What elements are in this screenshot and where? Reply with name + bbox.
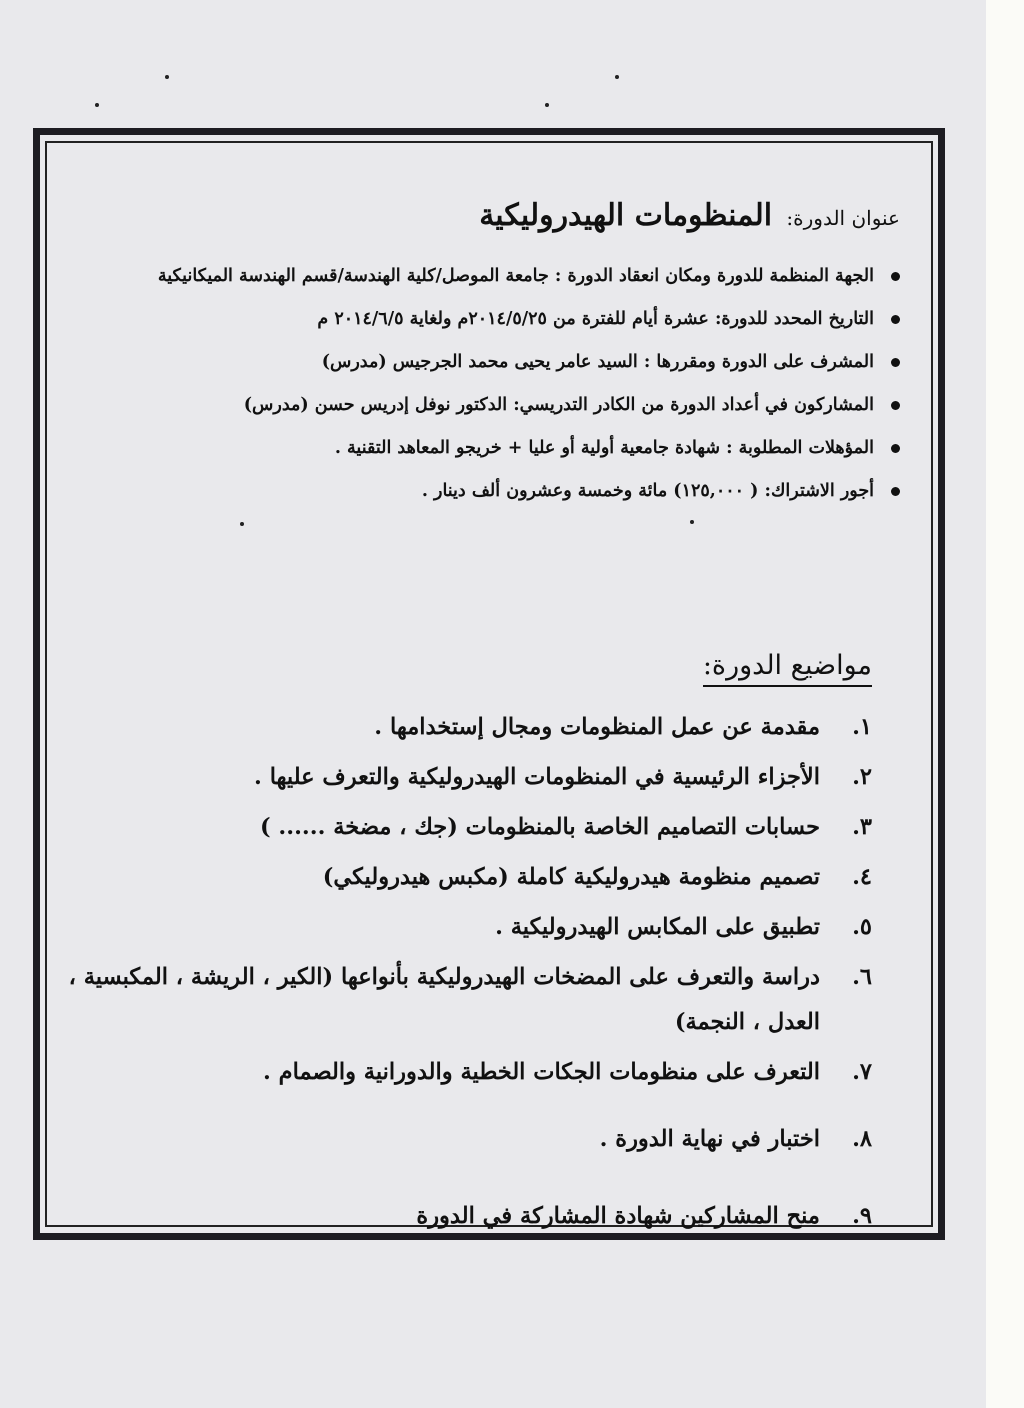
scan-margin-strip: [986, 0, 1024, 1408]
topic-item: ٦.دراسة والتعرف على المضخات الهيدروليكية…: [60, 955, 872, 1045]
topic-item: ٤.تصميم منظومة هيدروليكية كاملة (مكبس هي…: [60, 855, 872, 900]
topic-item: ٩.منح المشاركين شهادة المشاركة في الدورة: [60, 1194, 872, 1239]
info-text: المشرف على الدورة ومقررها : السيد عامر ي…: [322, 352, 874, 372]
bullet-icon: [891, 315, 900, 324]
scan-speck: [240, 522, 244, 526]
info-text: الجهة المنظمة للدورة ومكان انعقاد الدورة…: [158, 266, 874, 286]
info-text: التاريخ المحدد للدورة: عشرة أيام للفترة …: [317, 309, 874, 329]
info-item-participants: المشاركون في أعداد الدورة من الكادر التد…: [158, 384, 900, 427]
topic-text: الأجزاء الرئيسية في المنظومات الهيدروليك…: [254, 764, 820, 790]
bullet-icon: [891, 487, 900, 496]
topic-text: تطبيق على المكابس الهيدروليكية .: [495, 914, 820, 940]
topic-text: التعرف على منظومات الجكات الخطية والدورا…: [263, 1059, 820, 1085]
bullet-icon: [891, 401, 900, 410]
topic-number: ٧.: [852, 1050, 872, 1095]
course-title-value: المنظومات الهيدروليكية: [479, 198, 772, 233]
topic-item: ٨.اختبار في نهاية الدورة .: [60, 1117, 872, 1162]
topic-number: ٨.: [852, 1117, 872, 1162]
topics-list: ١.مقدمة عن عمل المنظومات ومجال إستخدامها…: [60, 705, 872, 1244]
topic-number: ٣.: [852, 805, 872, 850]
bullet-icon: [891, 272, 900, 281]
info-item-supervisor: المشرف على الدورة ومقررها : السيد عامر ي…: [158, 341, 900, 384]
topic-text: دراسة والتعرف على المضخات الهيدروليكية ب…: [69, 964, 820, 1035]
info-text: أجور الاشتراك: ( ١٢٥,٠٠٠) مائة وخمسة وعش…: [422, 481, 874, 501]
bullet-icon: [891, 358, 900, 367]
topic-number: ٥.: [852, 905, 872, 950]
scan-speck: [95, 103, 99, 107]
topic-text: تصميم منظومة هيدروليكية كاملة (مكبس هيدر…: [323, 864, 820, 890]
scan-speck: [165, 75, 169, 79]
scan-speck: [690, 520, 694, 524]
topic-item: ٣.حسابات التصاميم الخاصة بالمنظومات (جك …: [60, 805, 872, 850]
topic-item: ٢.الأجزاء الرئيسية في المنظومات الهيدرول…: [60, 755, 872, 800]
course-title-row: عنوان الدورة: المنظومات الهيدروليكية: [479, 198, 900, 233]
topic-item: ٥.تطبيق على المكابس الهيدروليكية .: [60, 905, 872, 950]
topic-number: ٤.: [852, 855, 872, 900]
info-text: المؤهلات المطلوبة : شهادة جامعية أولية أ…: [335, 438, 874, 458]
topic-text: اختبار في نهاية الدورة .: [600, 1126, 820, 1152]
topic-text: حسابات التصاميم الخاصة بالمنظومات (جك ، …: [260, 814, 820, 840]
topic-text: مقدمة عن عمل المنظومات ومجال إستخدامها .: [374, 714, 820, 740]
topic-text: منح المشاركين شهادة المشاركة في الدورة: [416, 1203, 820, 1229]
topic-number: ٦.: [852, 955, 872, 1000]
topic-number: ١.: [852, 705, 872, 750]
topic-number: ٢.: [852, 755, 872, 800]
bullet-icon: [891, 444, 900, 453]
course-info-list: الجهة المنظمة للدورة ومكان انعقاد الدورة…: [158, 255, 900, 513]
topic-number: ٩.: [852, 1194, 872, 1239]
topic-item: ٧.التعرف على منظومات الجكات الخطية والدو…: [60, 1050, 872, 1095]
course-title-label: عنوان الدورة:: [786, 206, 900, 230]
topics-heading: مواضيع الدورة:: [703, 650, 872, 687]
topic-item: ١.مقدمة عن عمل المنظومات ومجال إستخدامها…: [60, 705, 872, 750]
info-text: المشاركون في أعداد الدورة من الكادر التد…: [244, 395, 874, 415]
info-item-organizer: الجهة المنظمة للدورة ومكان انعقاد الدورة…: [158, 255, 900, 298]
info-item-date: التاريخ المحدد للدورة: عشرة أيام للفترة …: [158, 298, 900, 341]
scan-speck: [545, 103, 549, 107]
scan-speck: [615, 75, 619, 79]
info-item-qualifications: المؤهلات المطلوبة : شهادة جامعية أولية أ…: [158, 427, 900, 470]
info-item-fees: أجور الاشتراك: ( ١٢٥,٠٠٠) مائة وخمسة وعش…: [158, 470, 900, 513]
